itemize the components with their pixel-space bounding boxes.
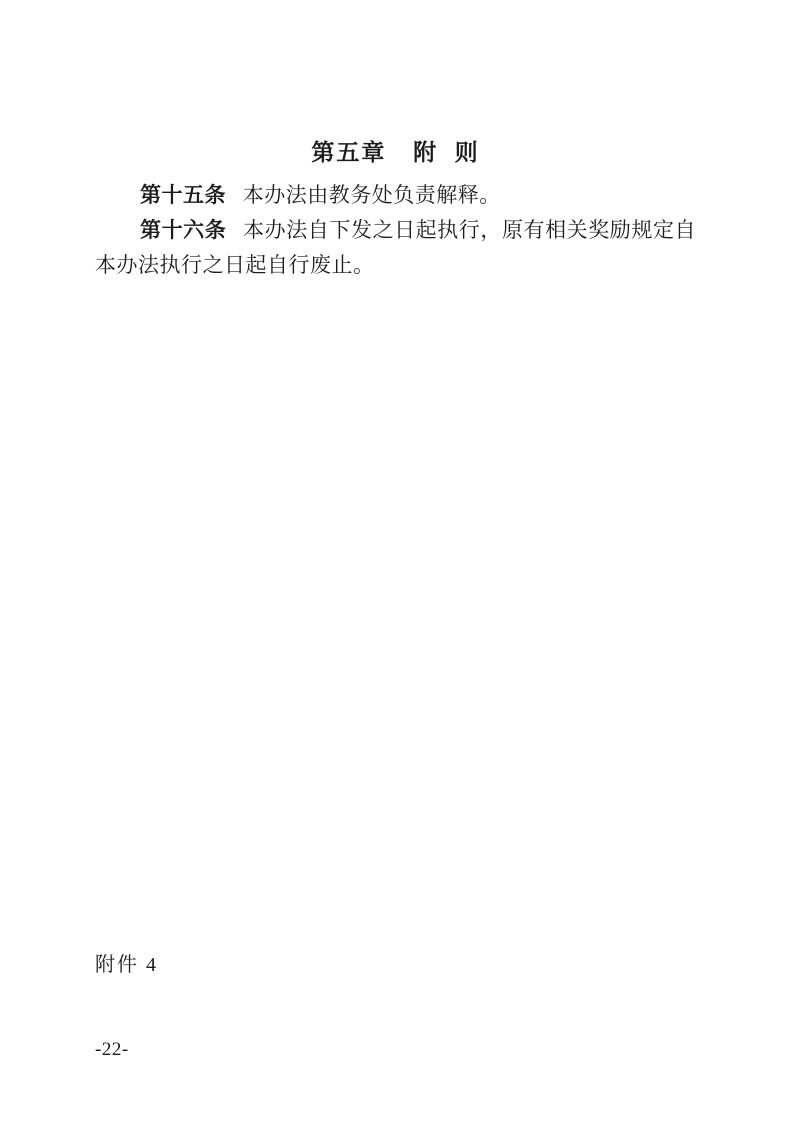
document-page: 第五章 附 则 第十五条本办法由教务处负责解释。 第十六条本办法自下发之日起执行… — [0, 0, 793, 1122]
chapter-number: 第五章 — [311, 139, 386, 165]
article-label: 第十六条 — [140, 219, 226, 242]
attachment-label: 附件 4 — [95, 948, 158, 977]
page-number: -22- — [95, 1039, 129, 1061]
article-label: 第十五条 — [140, 184, 226, 207]
article-paragraph: 第十六条本办法自下发之日起执行，原有相关奖励规定自本办法执行之日起自行废止。 — [95, 213, 696, 282]
document-body: 第五章 附 则 第十五条本办法由教务处负责解释。 第十六条本办法自下发之日起执行… — [95, 139, 696, 282]
article-text: 本办法由教务处负责解释。 — [243, 183, 501, 207]
chapter-heading: 第五章 附 则 — [95, 139, 696, 166]
article-paragraph: 第十五条本办法由教务处负责解释。 — [95, 178, 696, 213]
chapter-title: 附 则 — [413, 139, 479, 165]
